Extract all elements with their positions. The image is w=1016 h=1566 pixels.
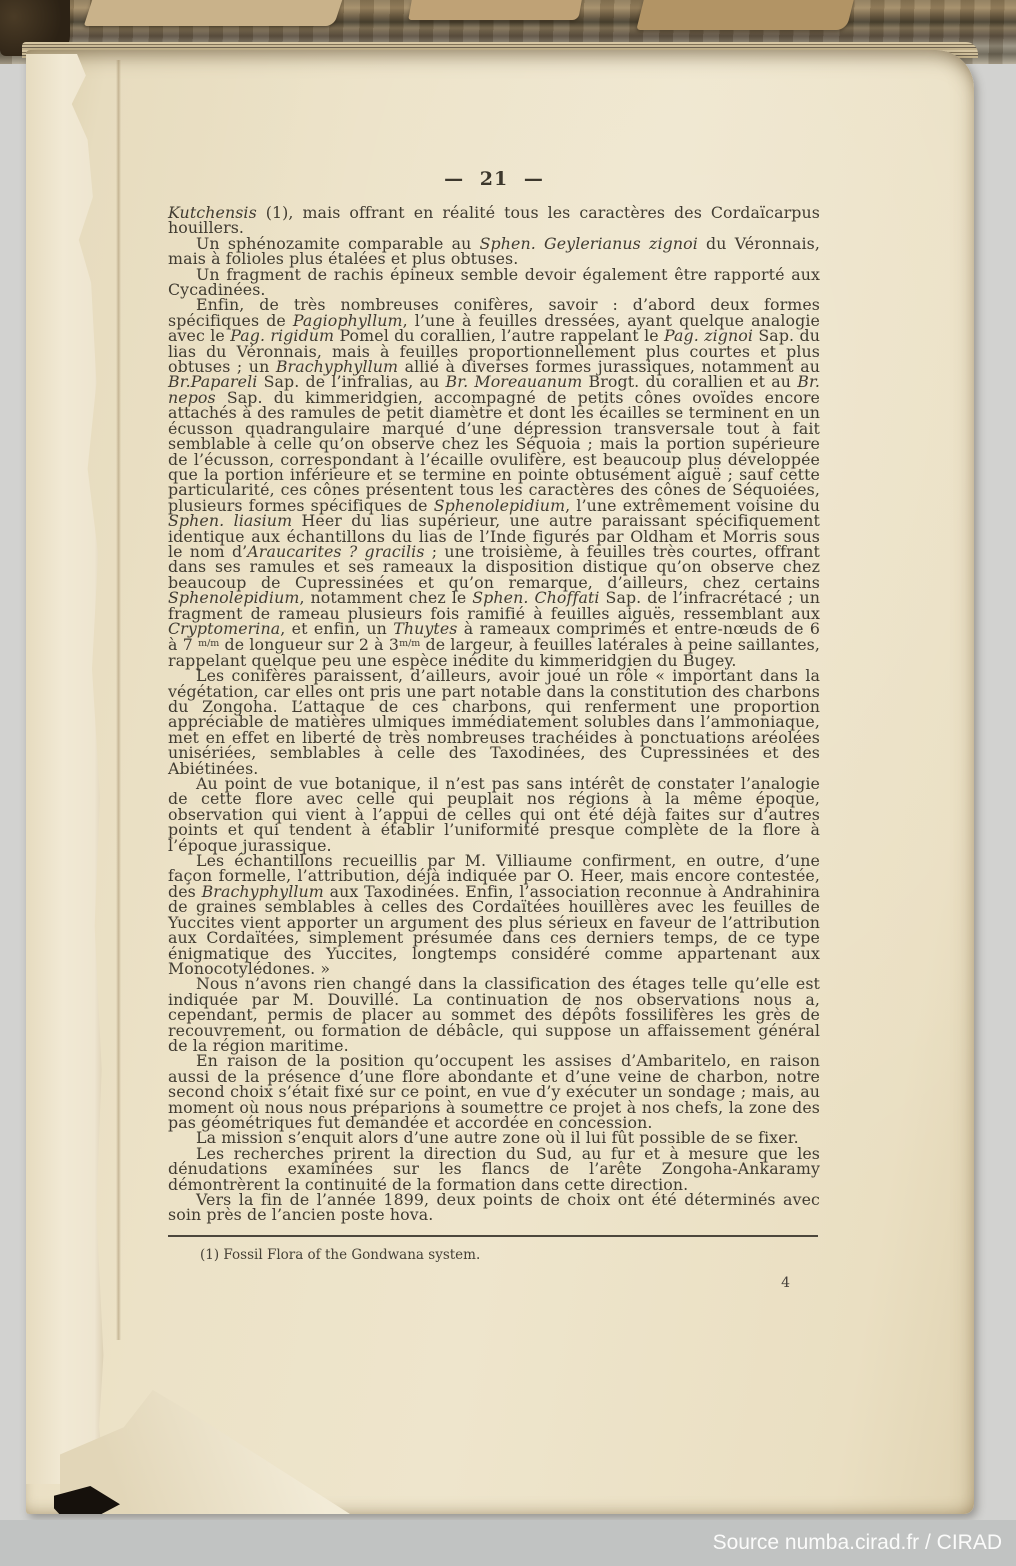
signature-number: 4 [168, 1275, 820, 1291]
paragraph: Les échantillons recueillis par M. Villi… [168, 853, 820, 976]
paragraph: Un sphénozamite comparable au Sphen. Gey… [168, 236, 820, 267]
page-number: — 21 — [168, 168, 820, 190]
footnote-rule [168, 1235, 818, 1237]
paragraph: Les conifères paraissent, d’ailleurs, av… [168, 668, 820, 776]
text-area: — 21 — Kutchensis (1), mais offrant en r… [168, 168, 820, 1291]
binding-paper-patch [408, 0, 582, 20]
binding-paper-patch [636, 0, 853, 30]
watermark-band: Source numba.cirad.fr / CIRAD [0, 1520, 1016, 1566]
paragraph: Vers la fin de l’année 1899, deux points… [168, 1192, 820, 1223]
watermark-text: Source numba.cirad.fr / CIRAD [713, 1531, 1002, 1555]
paragraph: Au point de vue botanique, il n’est pas … [168, 776, 820, 853]
left-crease [116, 60, 121, 1340]
paragraph: Les recherches prirent la direction du S… [168, 1146, 820, 1192]
paragraph: Kutchensis (1), mais offrant en réalité … [168, 205, 820, 236]
torn-left-edge [26, 54, 114, 1484]
paragraph: Nous n’avons rien changé dans la classif… [168, 976, 820, 1053]
book-page: — 21 — Kutchensis (1), mais offrant en r… [26, 50, 974, 1514]
footnote: (1) Fossil Flora of the Gondwana system. [168, 1247, 820, 1263]
binding-paper-patch [84, 0, 342, 26]
paragraph: Enfin, de très nombreuses conifères, sav… [168, 297, 820, 668]
paragraph: En raison de la position qu’occupent les… [168, 1053, 820, 1130]
paragraph: Un fragment de rachis épineux semble dev… [168, 267, 820, 298]
book-scan: — 21 — Kutchensis (1), mais offrant en r… [0, 0, 1016, 1566]
text-body: Kutchensis (1), mais offrant en réalité … [168, 205, 820, 1223]
